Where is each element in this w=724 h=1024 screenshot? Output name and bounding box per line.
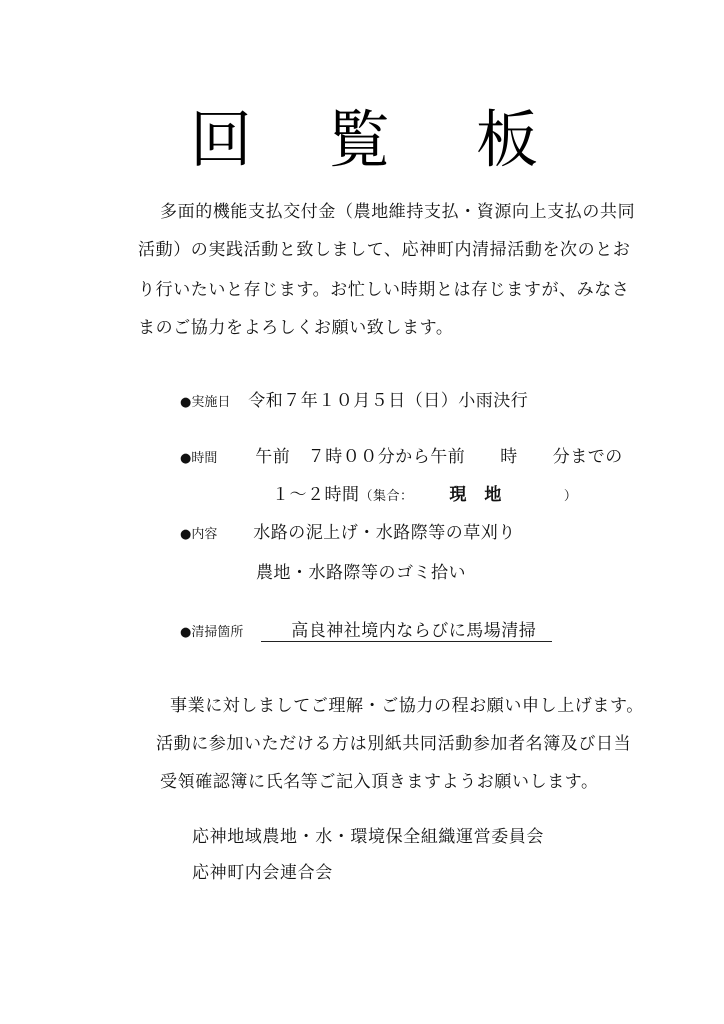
date-row: ●実施日 令和７年１０月５日（日）小雨決行 [180,390,528,414]
closing-line-3: 受領確認簿に氏名等ご記入頂きますようお願いします。 [160,772,599,792]
location-value: 高良神社境内ならびに馬場清掃 [261,621,552,642]
title-char-3: 板 [476,100,538,180]
content-line-1: 水路の泥上げ・水路際等の草刈り [253,523,516,543]
gather-close: ） [564,489,578,504]
signatory-2: 応神町内会連合会 [192,863,333,883]
content-row: ●内容 水路の泥上げ・水路際等の草刈り [180,522,516,546]
time-duration-row: １～２時間（集合： 現 地 ） [272,484,577,508]
intro-line-3: り行いたいと存じます。お忙しい時期とは存じますが、みなさ [138,280,629,300]
date-label: ●実施日 [180,395,230,410]
time-row: ●時間 午前 ７時００分から午前 時 分までの [180,446,623,470]
gather-place: 現 地 [449,485,502,505]
title-char-1: 回 [190,100,252,180]
intro-line-4: まのご協力をよろしくお願い致します。 [138,318,453,338]
title-char-2: 覧 [328,100,390,180]
closing-line-1: 事業に対しましてご理解・ご協力の程お願い申し上げます。 [170,696,644,716]
content-label: ●内容 [180,527,217,542]
closing-line-2: 活動に参加いただける方は別紙共同活動参加者名簿及び日当 [156,734,631,754]
date-value: 令和７年１０月５日（日）小雨決行 [248,391,528,411]
content-line-2: 農地・水路際等のゴミ拾い [256,562,466,584]
signatory-1: 応神地域農地・水・環境保全組織運営委員会 [192,827,544,847]
location-label: ●清掃箇所 [180,625,243,640]
intro-line-1: 多面的機能支払交付金（農地維持支払・資源向上支払の共同 [160,202,635,222]
gather-open: （集合： [360,489,414,504]
intro-line-2: 活動）の実践活動と致しまして、応神町内清掃活動を次のとお [138,240,630,260]
time-duration: １～２時間 [272,485,360,505]
time-label: ●時間 [180,451,217,466]
time-value: 午前 ７時００分から午前 時 分までの [255,447,623,467]
location-row: ●清掃箇所 高良神社境内ならびに馬場清掃 [180,620,552,644]
